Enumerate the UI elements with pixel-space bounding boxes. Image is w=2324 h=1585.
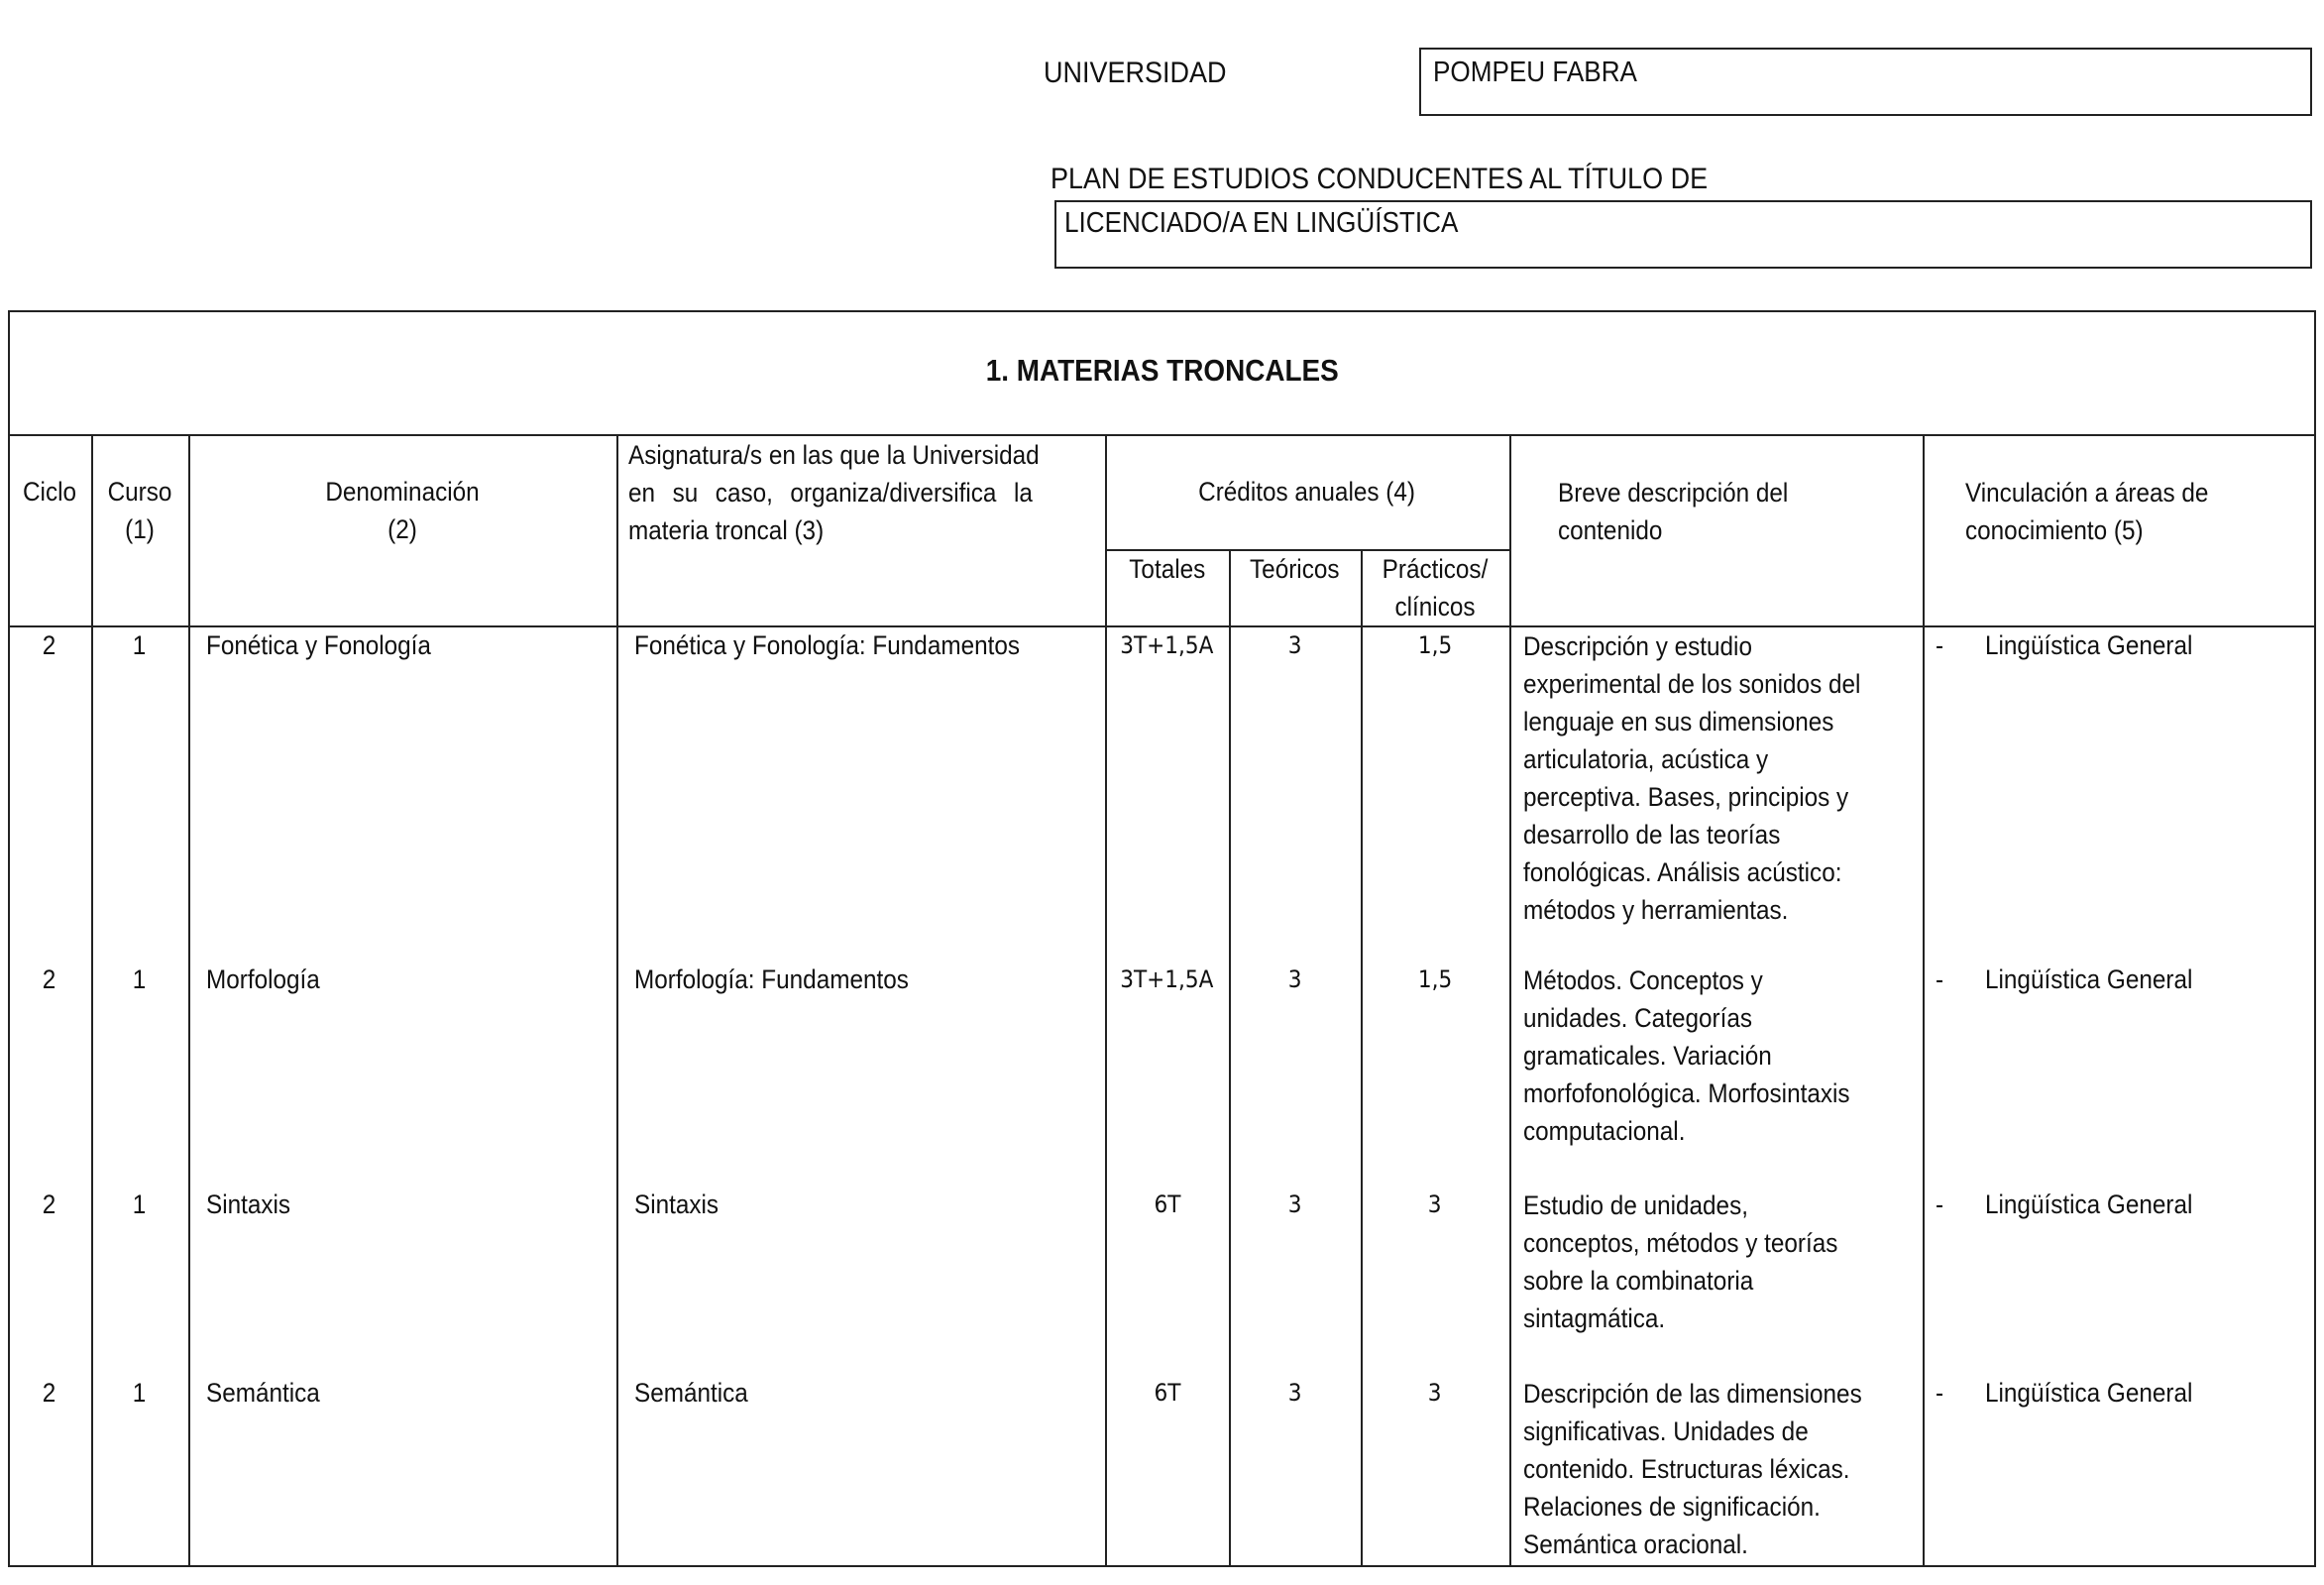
col-divider	[1923, 434, 1925, 1567]
header-asignaturas-line2: en su caso, organiza/diversifica la	[628, 474, 1056, 511]
cell-ciclo-text: 2	[43, 962, 56, 999]
cell-vinculacion: Lingüística General	[1985, 1187, 2312, 1224]
cell-teoricos: 3	[1229, 962, 1361, 999]
col-divider	[1229, 549, 1231, 1567]
university-value: POMPEU FABRA	[1433, 54, 1637, 91]
header-curso-line2: (1)	[96, 511, 183, 549]
cell-descripcion: Métodos. Conceptos yunidades. Categorías…	[1523, 962, 1920, 1150]
header-descripcion-line2: contenido	[1558, 511, 1879, 549]
descripcion-line: unidades. Categorías	[1523, 999, 1880, 1037]
plan-label: PLAN DE ESTUDIOS CONDUCENTES AL TÍTULO D…	[1051, 161, 1708, 198]
descripcion-line: contenido. Estructuras léxicas.	[1523, 1450, 1880, 1488]
cell-denominacion-text: Fonética y Fonología	[206, 627, 431, 665]
cell-ciclo-text: 2	[43, 627, 56, 665]
cell-vinculacion-text: Lingüística General	[1985, 1375, 2192, 1413]
header-asignaturas-line3: materia troncal (3)	[628, 511, 1056, 549]
cell-practicos: 1,5	[1361, 962, 1509, 999]
col-divider	[1361, 549, 1363, 1567]
header-practicos: Prácticos/ clínicos	[1361, 551, 1509, 625]
cell-teoricos: 3	[1229, 1187, 1361, 1224]
cell-teoricos-text: 3	[1288, 962, 1302, 999]
header-teoricos-text: Teóricos	[1250, 551, 1339, 589]
university-label: UNIVERSIDAD	[1044, 55, 1227, 92]
descripcion-line: perceptiva. Bases, principios y	[1523, 778, 1880, 816]
descripcion-line: sintagmática.	[1523, 1300, 1880, 1337]
descripcion-line: sobre la combinatoria	[1523, 1262, 1880, 1300]
descripcion-line: lenguaje en sus dimensiones	[1523, 703, 1880, 740]
cell-asignatura: Sintaxis	[634, 1187, 1100, 1224]
cell-ciclo-text: 2	[43, 1375, 56, 1413]
descripcion-line: computacional.	[1523, 1112, 1880, 1150]
cell-ciclo: 2	[8, 1187, 91, 1224]
cell-ciclo: 2	[8, 962, 91, 999]
cell-curso: 1	[91, 1375, 188, 1413]
cell-denominacion-text: Semántica	[206, 1375, 320, 1413]
cell-descripcion: Descripción de las dimensionessignificat…	[1523, 1375, 1920, 1563]
cell-totales: 6T	[1105, 1187, 1229, 1224]
col-divider	[1509, 434, 1511, 1567]
header-descripcion: Breve descripción del contenido	[1558, 474, 1915, 549]
descripcion-line: morfofonológica. Morfosintaxis	[1523, 1075, 1880, 1112]
descripcion-line: Métodos. Conceptos y	[1523, 962, 1880, 999]
cell-vinculacion: Lingüística General	[1985, 1375, 2312, 1413]
header-practicos-line1: Prácticos/	[1369, 551, 1502, 589]
cell-asignatura: Morfología: Fundamentos	[634, 962, 1100, 999]
header-totales-text: Totales	[1129, 551, 1205, 589]
cell-asignatura: Semántica	[634, 1375, 1100, 1413]
degree-value: LICENCIADO/A EN LINGÜÍSTICA	[1064, 204, 1458, 242]
cell-vinculacion-bullet-text: -	[1936, 1375, 1943, 1413]
cell-vinculacion-bullet: -	[1936, 627, 1955, 665]
cell-totales: 6T	[1105, 1375, 1229, 1413]
cell-vinculacion-bullet: -	[1936, 1187, 1955, 1224]
cell-curso-text: 1	[133, 962, 147, 999]
cell-teoricos: 3	[1229, 1375, 1361, 1413]
header-ciclo: Ciclo	[8, 474, 91, 511]
header-curso: Curso (1)	[91, 474, 188, 548]
cell-asignatura-text: Fonética y Fonología: Fundamentos	[634, 627, 1020, 665]
cell-denominacion-text: Sintaxis	[206, 1187, 290, 1224]
descripcion-line: conceptos, métodos y teorías	[1523, 1224, 1880, 1262]
descripcion-line: Estudio de unidades,	[1523, 1187, 1880, 1224]
col-divider	[616, 434, 618, 1567]
cell-totales-text: 6T	[1154, 1187, 1180, 1224]
header-ciclo-text: Ciclo	[23, 474, 76, 511]
cell-practicos-text: 3	[1428, 1375, 1442, 1413]
cell-vinculacion-text: Lingüística General	[1985, 1187, 2192, 1224]
cell-vinculacion-bullet-text: -	[1936, 962, 1943, 999]
header-creditos-text: Créditos anuales (4)	[1199, 474, 1416, 511]
descripcion-line: Descripción y estudio	[1523, 627, 1880, 665]
header-vinculacion-line1: Vinculación a áreas de	[1965, 474, 2277, 511]
header-asignaturas: Asignatura/s en las que la Universidad e…	[628, 436, 1104, 549]
cell-ciclo: 2	[8, 627, 91, 665]
cell-vinculacion: Lingüística General	[1985, 962, 2312, 999]
header-descripcion-line1: Breve descripción del	[1558, 474, 1879, 511]
cell-curso-text: 1	[133, 1375, 147, 1413]
cell-practicos-text: 1,5	[1418, 627, 1452, 665]
cell-asignatura-text: Semántica	[634, 1375, 748, 1413]
cell-curso: 1	[91, 962, 188, 999]
header-denominacion: Denominación (2)	[188, 474, 616, 548]
cell-descripcion: Estudio de unidades,conceptos, métodos y…	[1523, 1187, 1920, 1337]
header-practicos-line2: clínicos	[1369, 589, 1502, 626]
cell-teoricos-text: 3	[1288, 1187, 1302, 1224]
cell-teoricos-text: 3	[1288, 627, 1302, 665]
cell-totales-text: 3T+1,5A	[1120, 962, 1213, 999]
title-divider	[8, 434, 2316, 436]
header-vinculacion-line2: conocimiento (5)	[1965, 511, 2277, 549]
cell-vinculacion-bullet-text: -	[1936, 627, 1943, 665]
table-title-text: 1. MATERIAS TRONCALES	[985, 351, 1338, 391]
cell-practicos-text: 3	[1428, 1187, 1442, 1224]
cell-denominacion-text: Morfología	[206, 962, 320, 999]
cell-denominacion: Fonética y Fonología	[206, 627, 612, 665]
cell-totales-text: 3T+1,5A	[1120, 627, 1213, 665]
cell-teoricos-text: 3	[1288, 1375, 1302, 1413]
cell-asignatura-text: Morfología: Fundamentos	[634, 962, 909, 999]
descripcion-line: experimental de los sonidos del	[1523, 665, 1880, 703]
cell-curso: 1	[91, 1187, 188, 1224]
cell-vinculacion: Lingüística General	[1985, 627, 2312, 665]
descripcion-line: fonológicas. Análisis acústico:	[1523, 853, 1880, 891]
descripcion-line: Semántica oracional.	[1523, 1526, 1880, 1563]
cell-practicos: 3	[1361, 1187, 1509, 1224]
cell-denominacion: Morfología	[206, 962, 612, 999]
cell-asignatura: Fonética y Fonología: Fundamentos	[634, 627, 1100, 665]
table-title: 1. MATERIAS TRONCALES	[8, 351, 2316, 391]
cell-vinculacion-bullet: -	[1936, 1375, 1955, 1413]
cell-ciclo-text: 2	[43, 1187, 56, 1224]
cell-teoricos: 3	[1229, 627, 1361, 665]
cell-practicos: 1,5	[1361, 627, 1509, 665]
cell-denominacion: Semántica	[206, 1375, 612, 1413]
cell-totales-text: 6T	[1154, 1375, 1180, 1413]
descripcion-line: Descripción de las dimensiones	[1523, 1375, 1880, 1413]
cell-totales: 3T+1,5A	[1105, 962, 1229, 999]
cell-descripcion: Descripción y estudioexperimental de los…	[1523, 627, 1920, 929]
cell-totales: 3T+1,5A	[1105, 627, 1229, 665]
university-field: POMPEU FABRA	[1419, 48, 2312, 116]
cell-denominacion: Sintaxis	[206, 1187, 612, 1224]
cell-curso: 1	[91, 627, 188, 665]
header-denominacion-line1: Denominación	[210, 474, 596, 511]
header-curso-line1: Curso	[96, 474, 183, 511]
header-vinculacion: Vinculación a áreas de conocimiento (5)	[1965, 474, 2312, 549]
cell-vinculacion-text: Lingüística General	[1985, 962, 2192, 999]
descripcion-line: significativas. Unidades de	[1523, 1413, 1880, 1450]
descripcion-line: gramaticales. Variación	[1523, 1037, 1880, 1075]
cell-ciclo: 2	[8, 1375, 91, 1413]
cell-curso-text: 1	[133, 627, 147, 665]
cell-asignatura-text: Sintaxis	[634, 1187, 719, 1224]
header-denominacion-line2: (2)	[210, 511, 596, 549]
descripcion-line: métodos y herramientas.	[1523, 891, 1880, 929]
cell-practicos: 3	[1361, 1375, 1509, 1413]
degree-field: LICENCIADO/A EN LINGÜÍSTICA	[1054, 200, 2312, 269]
cell-curso-text: 1	[133, 1187, 147, 1224]
descripcion-line: articulatoria, acústica y	[1523, 740, 1880, 778]
descripcion-line: Relaciones de significación.	[1523, 1488, 1880, 1526]
cell-vinculacion-text: Lingüística General	[1985, 627, 2192, 665]
header-teoricos: Teóricos	[1229, 551, 1361, 589]
cell-practicos-text: 1,5	[1418, 962, 1452, 999]
header-creditos: Créditos anuales (4)	[1105, 474, 1509, 511]
header-totales: Totales	[1105, 551, 1229, 589]
cell-vinculacion-bullet-text: -	[1936, 1187, 1943, 1224]
header-asignaturas-line1: Asignatura/s en las que la Universidad	[628, 436, 1056, 474]
descripcion-line: desarrollo de las teorías	[1523, 816, 1880, 853]
cell-vinculacion-bullet: -	[1936, 962, 1955, 999]
col-divider	[188, 434, 190, 1567]
